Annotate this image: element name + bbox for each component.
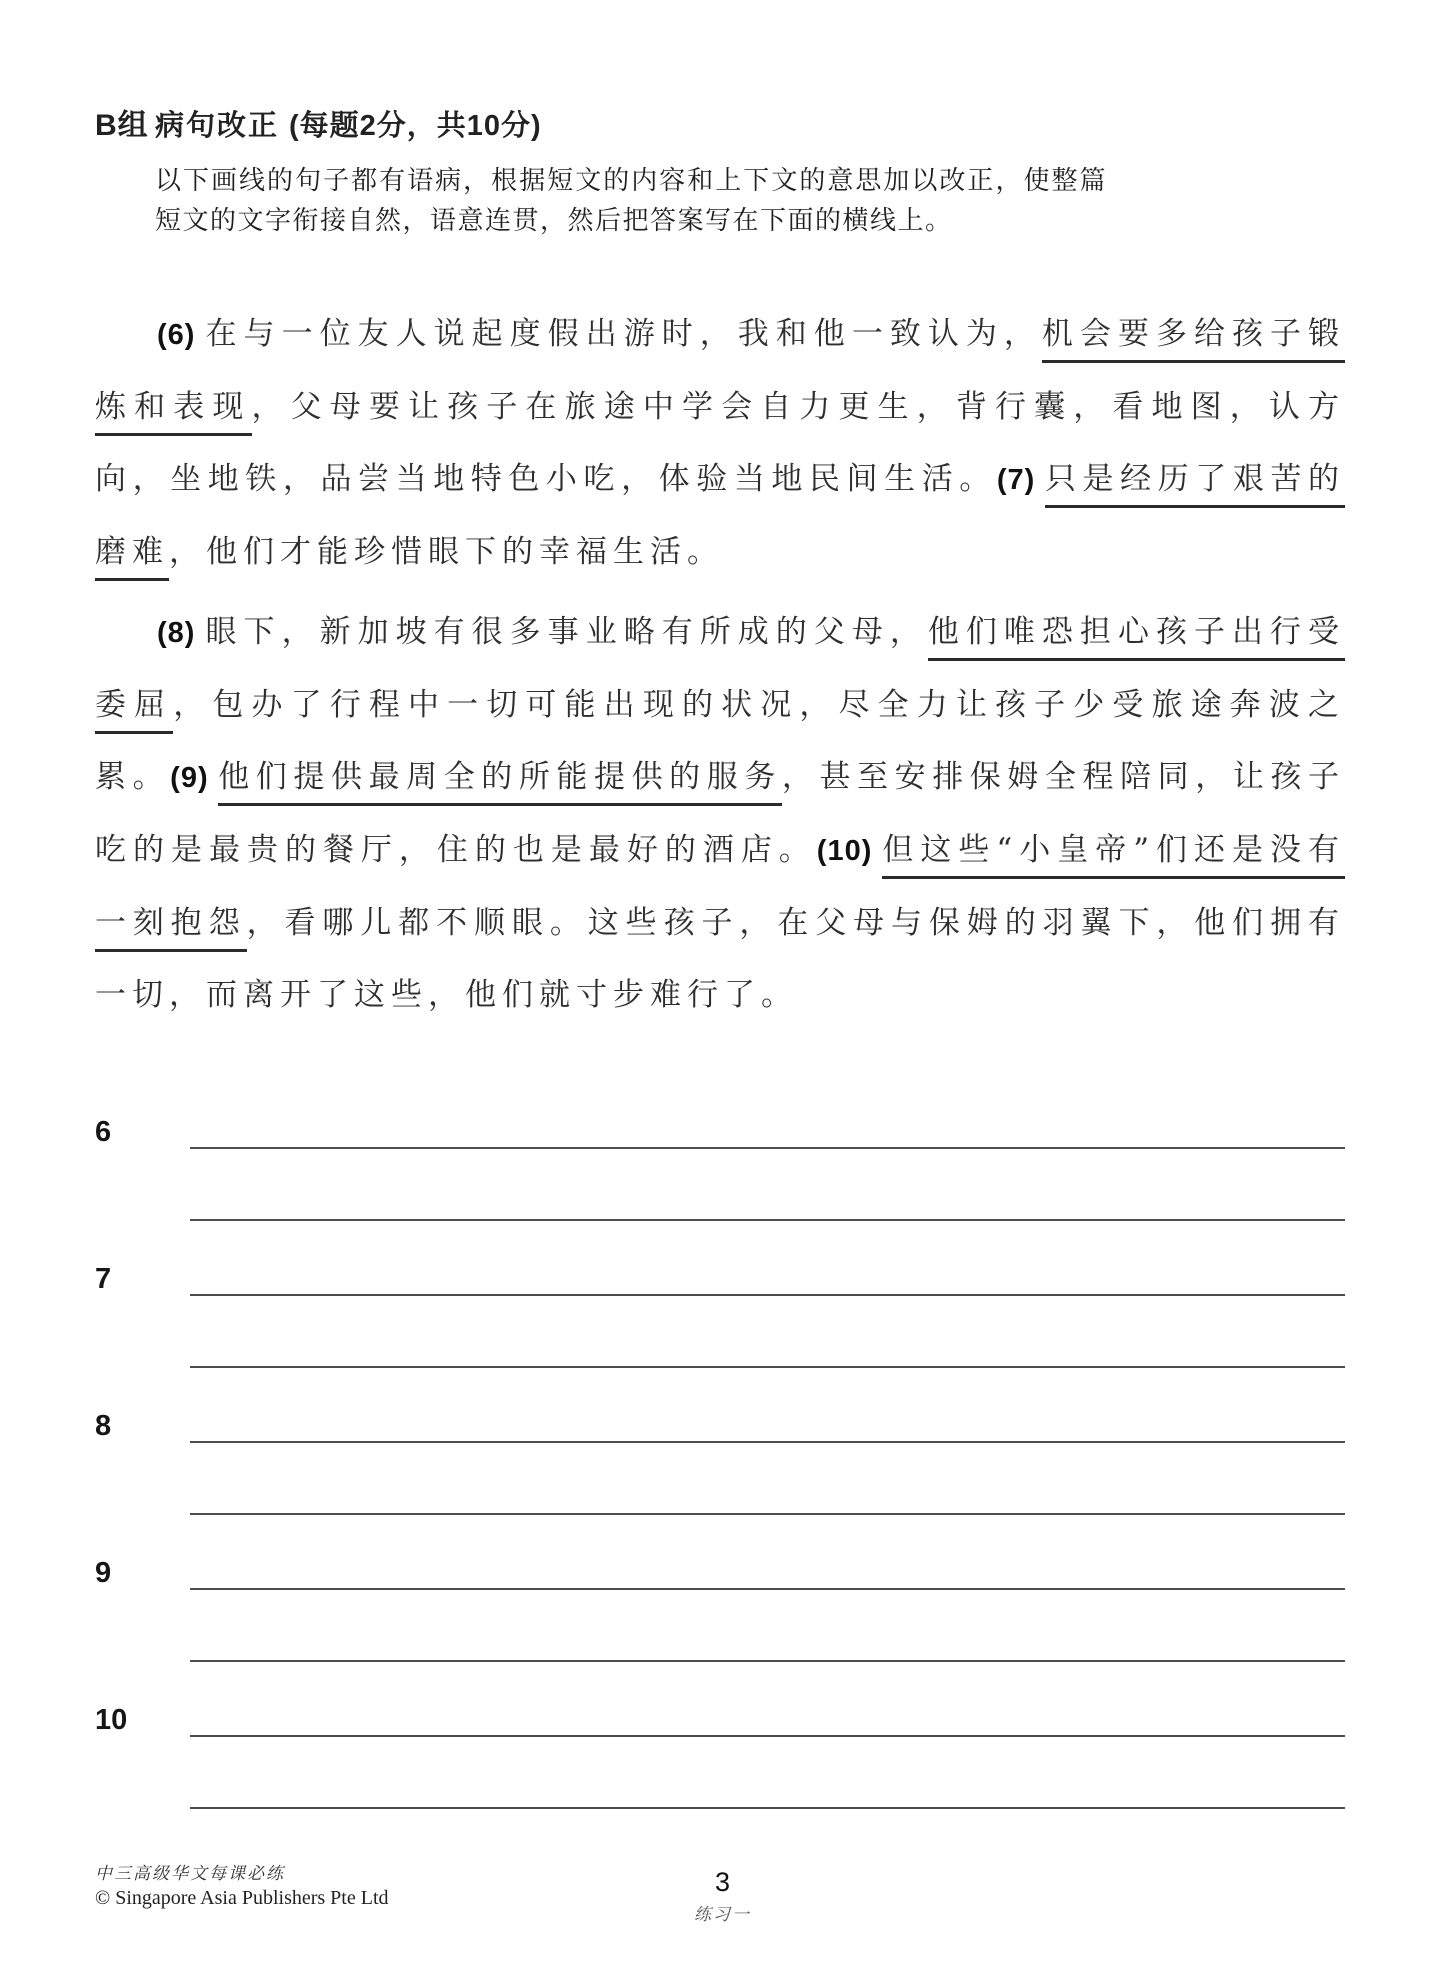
answer-item: 10 xyxy=(95,1691,1345,1809)
question-number: (7) xyxy=(997,464,1045,496)
answer-blank-line xyxy=(190,1590,1345,1662)
answer-blank-line xyxy=(190,1296,1345,1368)
answer-blank-line xyxy=(190,1101,1345,1149)
answer-number: 7 xyxy=(95,1262,190,1296)
answer-section: 6 7 8 9 xyxy=(95,1103,1345,1809)
section-marks: (每题2分，共10分) xyxy=(289,106,542,146)
page-number: 3 xyxy=(694,1868,751,1896)
worksheet-page: B组 病句改正 (每题2分，共10分) 以下画线的句子都有语病，根据短文的内容和… xyxy=(0,0,1445,1981)
footer-copyright: © Singapore Asia Publishers Pte Ltd xyxy=(95,1886,389,1910)
passage-text: ，他们才能珍惜眼下的幸福生活。 xyxy=(169,534,724,570)
footer-imprint: 中三高级华文每课必练 © Singapore Asia Publishers P… xyxy=(95,1862,389,1910)
answer-blank-line xyxy=(190,1689,1345,1737)
section-label: B组 xyxy=(95,106,155,146)
question-number: (8) xyxy=(157,617,206,649)
passage-text: 眼下，新加坡有很多事业略有所成的父母， xyxy=(206,614,928,650)
answer-item: 8 xyxy=(95,1397,1345,1515)
answer-blank-line xyxy=(190,1395,1345,1443)
underlined-clause: 他们提供最周全的所能提供的服务 xyxy=(218,759,782,806)
passage-text: 在与一位友人说起度假出游时，我和他一致认为， xyxy=(206,316,1042,352)
passage-paragraph: (8) 眼下，新加坡有很多事业略有所成的父母，他们唯恐担心孩子出行受委屈，包办了… xyxy=(95,596,1345,1031)
answer-blank-line xyxy=(190,1248,1345,1296)
passage: (6) 在与一位友人说起度假出游时，我和他一致认为，机会要多给孩子锻炼和表现，父… xyxy=(95,298,1345,1031)
passage-text: ，看哪儿都不顺眼。这些孩子，在父母与保姆的羽翼下，他们拥有一切，而离开了这些，他… xyxy=(95,905,1345,1013)
question-number: (9) xyxy=(170,762,218,794)
section-header: B组 病句改正 (每题2分，共10分) xyxy=(95,106,1345,146)
exercise-label: 练习一 xyxy=(694,1900,751,1925)
passage-paragraph: (6) 在与一位友人说起度假出游时，我和他一致认为，机会要多给孩子锻炼和表现，父… xyxy=(95,298,1345,588)
section-title: 病句改正 xyxy=(155,106,279,146)
answer-item: 6 xyxy=(95,1103,1345,1221)
answer-blank-line xyxy=(190,1443,1345,1515)
answer-number: 6 xyxy=(95,1115,190,1149)
answer-item: 7 xyxy=(95,1250,1345,1368)
answer-blank-line xyxy=(190,1737,1345,1809)
answer-number: 8 xyxy=(95,1409,190,1443)
instructions-text: 以下画线的句子都有语病，根据短文的内容和上下文的意思加以改正，使整篇短文的文字衔… xyxy=(155,160,1107,240)
question-number: (10) xyxy=(817,835,883,867)
footer-page-block: 3 练习一 xyxy=(694,1868,751,1925)
answer-number: 10 xyxy=(95,1703,190,1737)
footer-series-title: 中三高级华文每课必练 xyxy=(95,1862,389,1886)
answer-number: 9 xyxy=(95,1556,190,1590)
question-number: (6) xyxy=(157,319,206,351)
answer-blank-line xyxy=(190,1149,1345,1221)
answer-blank-line xyxy=(190,1542,1345,1590)
answer-item: 9 xyxy=(95,1544,1345,1662)
